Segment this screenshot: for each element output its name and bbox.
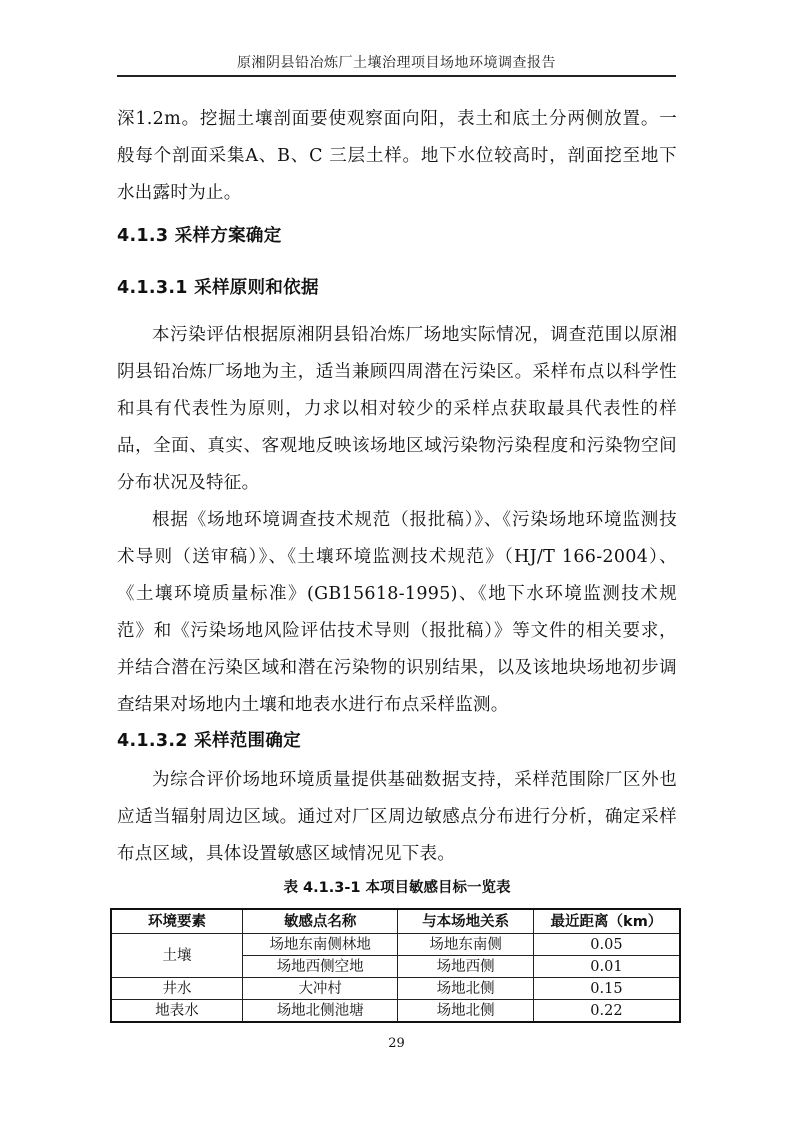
cell-name: 场地西侧空地	[243, 956, 398, 978]
column-header-relation: 与本场地关系	[398, 909, 533, 934]
cell-relation: 场地北侧	[398, 978, 533, 1000]
cell-element: 井水	[111, 978, 243, 1000]
cell-name: 场地东南侧林地	[243, 934, 398, 956]
column-header-distance: 最近距离（km）	[533, 909, 680, 934]
cell-distance: 0.15	[533, 978, 680, 1000]
cell-distance: 0.22	[533, 1000, 680, 1023]
cell-name: 场地北侧池塘	[243, 1000, 398, 1023]
table-header-row: 环境要素 敏感点名称 与本场地关系 最近距离（km）	[111, 909, 680, 934]
cell-relation: 场地东南侧	[398, 934, 533, 956]
table-row: 井水 大冲村 场地北侧 0.15	[111, 978, 680, 1000]
cell-relation: 场地北侧	[398, 1000, 533, 1023]
table-row: 土壤 场地东南侧林地 场地东南侧 0.05	[111, 934, 680, 956]
table-caption: 表 4.1.3-1 本项目敏感目标一览表	[117, 876, 677, 897]
cell-element: 地表水	[111, 1000, 243, 1023]
header-divider	[117, 75, 676, 77]
column-header-name: 敏感点名称	[243, 909, 398, 934]
table-row: 地表水 场地北侧池塘 场地北侧 0.22	[111, 1000, 680, 1023]
cell-name: 大冲村	[243, 978, 398, 1000]
paragraph-sampling-scope: 为综合评价场地环境质量提供基础数据支持，采样范围除厂区外也应适当辐射周边区域。通…	[117, 762, 677, 873]
section-heading-4-1-3: 4.1.3 采样方案确定	[117, 222, 282, 247]
column-header-element: 环境要素	[111, 909, 243, 934]
sensitive-targets-table: 环境要素 敏感点名称 与本场地关系 最近距离（km） 土壤 场地东南侧林地 场地…	[110, 908, 681, 1023]
paragraph-soil-profile: 深1.2m。挖掘土壤剖面要使观察面向阳，表土和底土分两侧放置。一般每个剖面采集A…	[117, 101, 677, 212]
running-header-title: 原湘阴县铅冶炼厂土壤治理项目场地环境调查报告	[117, 52, 676, 72]
cell-distance: 0.01	[533, 956, 680, 978]
paragraph-sampling-principle: 本污染评估根据原湘阴县铅冶炼厂场地实际情况，调查范围以原湘阴县铅冶炼厂场地为主，…	[117, 317, 677, 502]
cell-distance: 0.05	[533, 934, 680, 956]
section-heading-4-1-3-1: 4.1.3.1 采样原则和依据	[117, 274, 319, 299]
paragraph-sampling-basis: 根据《场地环境调查技术规范（报批稿）》、《污染场地环境监测技术导则（送审稿）》、…	[117, 502, 677, 724]
cell-element: 土壤	[111, 934, 243, 978]
section-heading-4-1-3-2: 4.1.3.2 采样范围确定	[117, 727, 301, 752]
cell-relation: 场地西侧	[398, 956, 533, 978]
page-number: 29	[0, 1036, 793, 1051]
